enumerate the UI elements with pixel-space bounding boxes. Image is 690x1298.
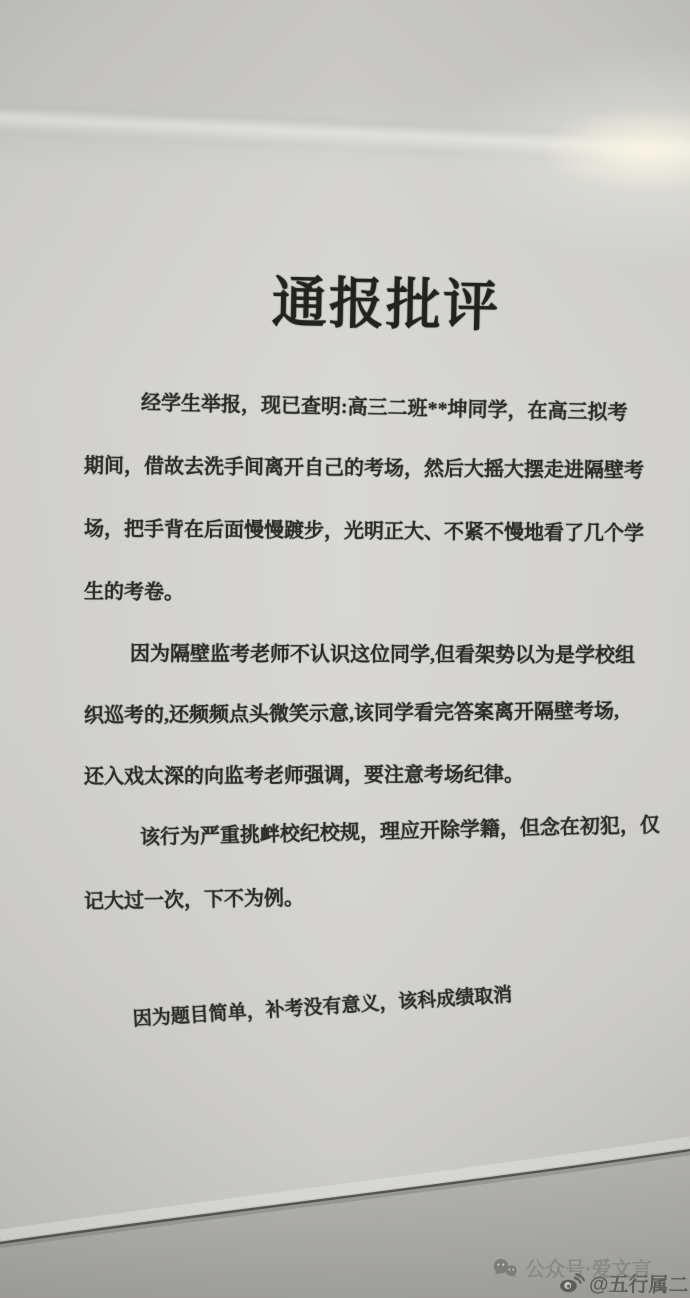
- paper-bottom-edge: [0, 0, 690, 1298]
- weibo-icon: [558, 1271, 585, 1293]
- wechat-icon: [492, 1258, 519, 1278]
- weibo-watermark: @五行属二: [558, 1267, 689, 1297]
- weibo-watermark-label: @五行属二: [589, 1268, 689, 1298]
- photo-of-printed-notice: 通报批评 经学生举报，现已查明:高三二班**坤同学，在高三拟考 期间，借故去洗手…: [0, 0, 690, 1298]
